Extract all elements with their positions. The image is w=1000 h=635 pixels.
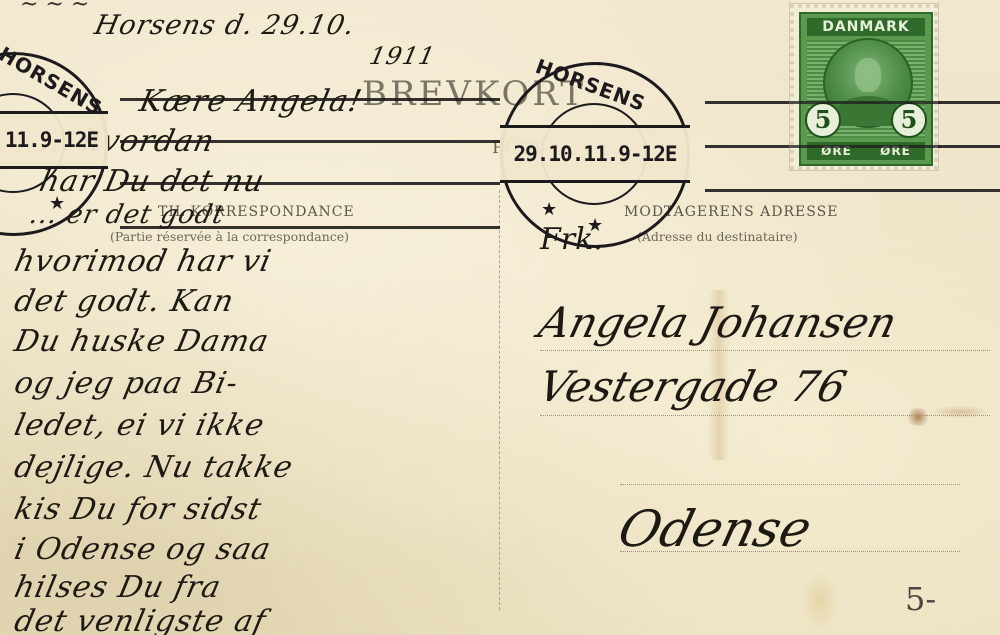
message-line: dejlige. Nu takke [11, 450, 296, 485]
star-icon: ★ [49, 195, 65, 213]
postmark-date: 11.9-12E [5, 128, 98, 152]
star-icon: ★ [541, 201, 557, 219]
postmark-date-band: 29.10.11.9-12E [500, 125, 690, 183]
center-divider [499, 190, 500, 610]
cancellation-bar [790, 145, 940, 148]
strike-line [120, 182, 500, 185]
portrait-head [855, 58, 881, 92]
address-subheading: (Adresse du destinataire) [637, 229, 798, 244]
message-line: Du huske Dama [11, 324, 272, 359]
message-line: det godt. Kan [11, 284, 237, 319]
message-line: Kære Angela! [136, 84, 365, 119]
cancellation-bar [705, 189, 1000, 192]
handwritten-top-fragment: ~ ~ ~ [20, 0, 89, 17]
message-line: hvorimod har vi [11, 244, 275, 279]
postcard: BREVKORT POST TIL KORRESPONDANCE (Partie… [0, 0, 1000, 635]
address-street: Vestergade 76 [534, 362, 851, 411]
cancellation-bar [790, 101, 940, 104]
address-line [620, 484, 960, 485]
message-line: ledet, ei vi ikke [11, 408, 268, 443]
stamp-value-left: 5 [805, 102, 841, 138]
message-line: det venligste af [11, 604, 269, 635]
message-line: kis Du for sidst [11, 492, 265, 527]
postmark-date: 29.10.11.9-12E [513, 142, 676, 166]
strike-line [120, 98, 500, 101]
message-date: Horsens d. 29.10. [92, 10, 358, 41]
message-line: i Odense og saa [11, 532, 274, 567]
correspondence-subheading: (Partie réservée à la correspondance) [110, 229, 349, 244]
message-line: hilses Du fra [11, 570, 224, 605]
yellow-stain [800, 570, 840, 630]
message-year: 1911 [367, 42, 438, 70]
address-city: Odense [613, 500, 818, 558]
address-name: Angela Johansen [534, 298, 902, 347]
address-line [540, 350, 990, 351]
postmark-date-band: 11.9-12E [0, 111, 108, 169]
stamp-country: DANMARK [807, 18, 925, 36]
pencil-annotation: 5- [905, 580, 936, 618]
strike-line [120, 140, 500, 143]
strike-line [120, 226, 500, 229]
message-line: og jeg paa Bi- [11, 366, 241, 401]
stamp-value-right: 5 [891, 102, 927, 138]
postmark-horsens: 29.10.11.9-12E HORSENS ★ ★ [500, 62, 690, 248]
brown-stain [905, 408, 931, 426]
brown-stain [930, 405, 990, 419]
address-line [540, 415, 990, 416]
star-icon: ★ [587, 217, 603, 235]
stamp-face: DANMARK 5 5 ØRE ØRE [799, 12, 933, 166]
